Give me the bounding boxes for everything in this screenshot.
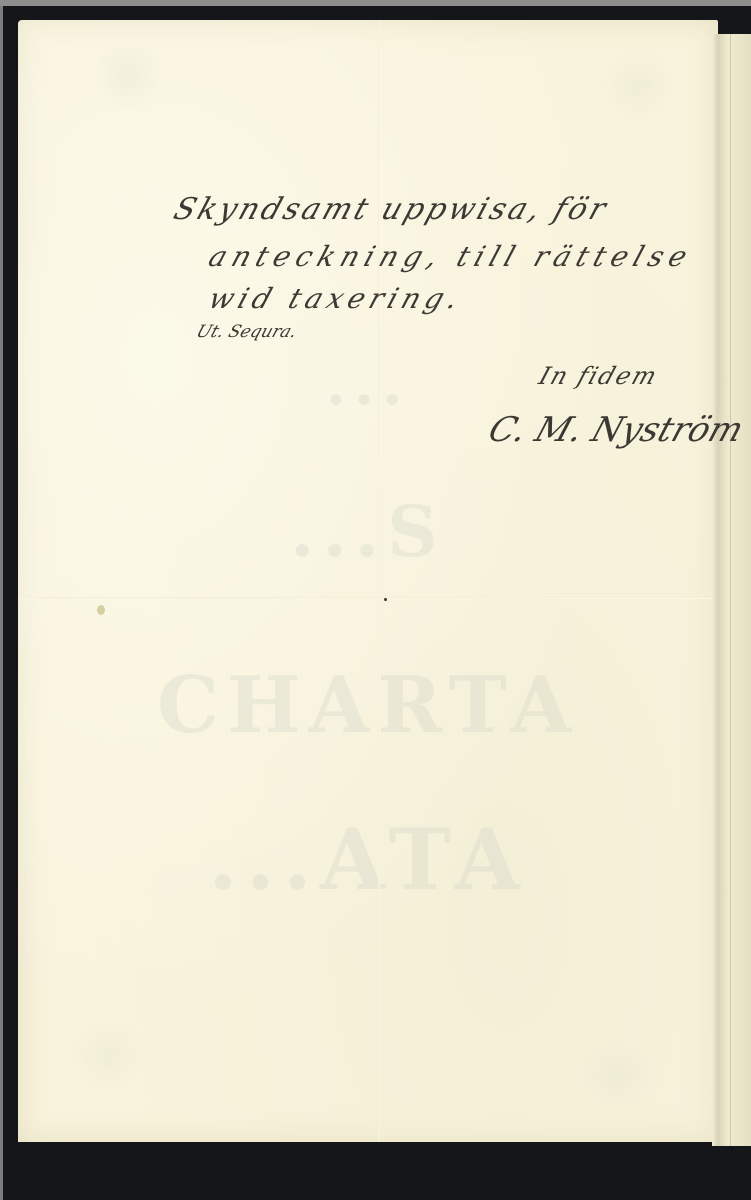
spine-crease [730,34,731,1146]
faint-ornament-top-left [88,40,168,110]
handwritten-line-2: anteckning, till rättelse [205,240,698,273]
handwritten-signature: C. M. Nyström [484,410,749,450]
scanner-edge [0,6,3,1200]
bleed-through-line-4: ...ATA [18,810,718,909]
horizontal-fold-line [18,597,718,599]
faint-ornament-bottom-left [68,1020,148,1090]
document-page: ... ...S CHARTA ...ATA [18,20,718,1142]
handwritten-closing: In fidem [535,362,662,390]
handwritten-line-1: Skyndsamt uppwisa, för [169,192,613,227]
handwritten-line-3: wid taxering. [205,282,468,315]
vertical-fold-line [378,20,380,1142]
bleed-through-line-2: ...S [18,490,718,573]
page-spine-edge [712,34,751,1146]
bleed-through-line-3: CHARTA [18,660,718,751]
ink-speck [384,598,387,601]
handwritten-initials: Ut. Sequra. [194,322,300,342]
paper-stain [97,605,105,615]
faint-ornament-top-right [598,50,678,120]
faint-ornament-bottom-right [578,1040,658,1110]
